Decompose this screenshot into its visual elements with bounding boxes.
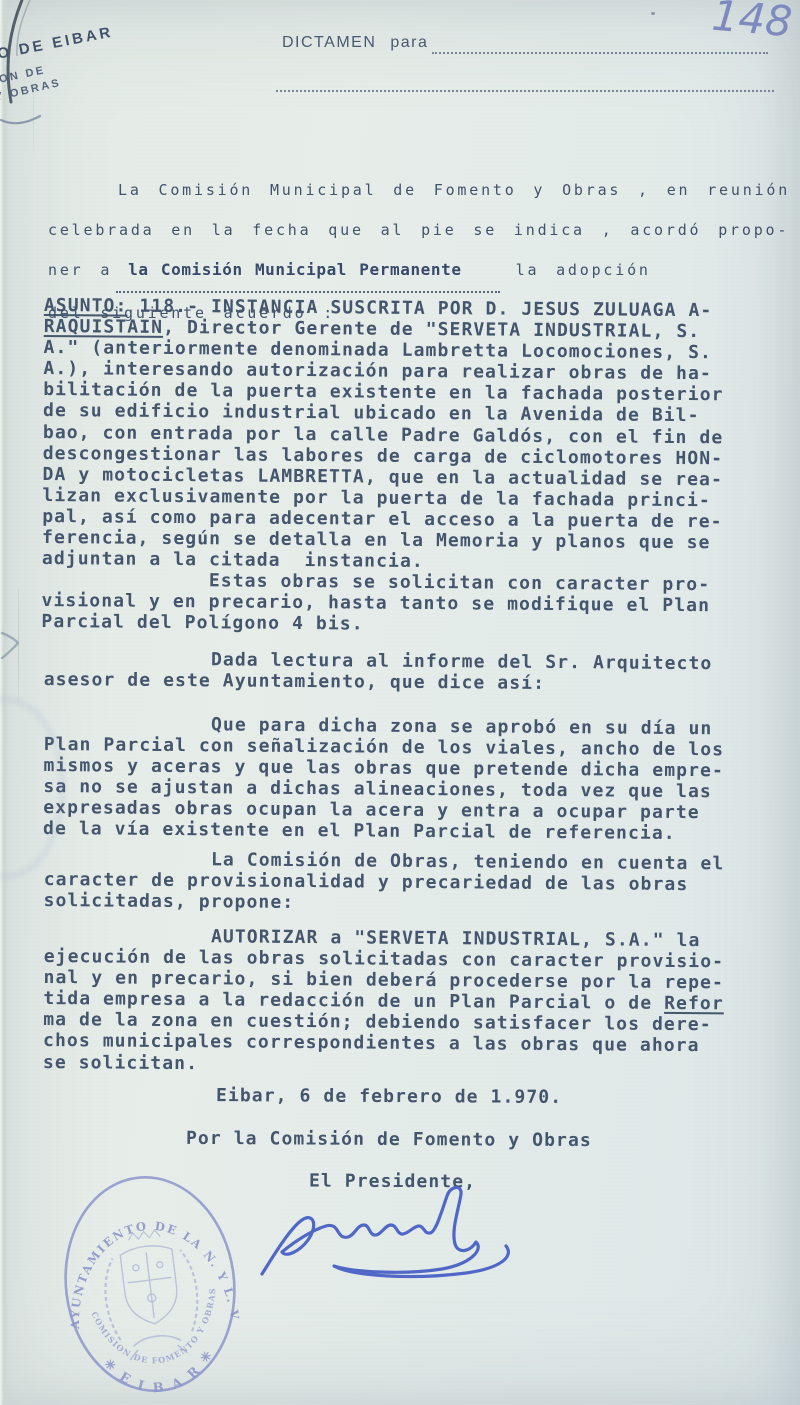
paragraph-asunto: ASUNTO: 118.- INSTANCIA SUSCRITA POR D. … [41, 295, 778, 638]
form-intro-suffix: la adopción [500, 250, 651, 290]
paragraph-informe: Dada lectura al informe del Sr. Arquitec… [44, 648, 778, 696]
scanned-document-page: O DE EIBAR ON DE Y OBRAS DICTAMEN para 1… [0, 0, 800, 1405]
official-stamp: AYUNTAMIENTO DE LA N. Y L. VILLA DE ✳ E … [45, 1158, 257, 1405]
page-number-annotation: 148 [710, 0, 794, 46]
paragraph-arquitecto: Que para dicha zona se aprobó en su día … [43, 713, 778, 845]
dictamen-dotted-line-2 [276, 90, 774, 92]
margin-check-mark [0, 630, 24, 662]
dateline: Eibar, 6 de febrero de 1.970. [216, 1085, 562, 1108]
typed-fill-in: la Comisión Municipal Permanente [116, 250, 499, 293]
form-intro-line-with-fill: ner a la Comisión Municipal Permanente l… [48, 250, 772, 293]
commission-line: Por la Comisión de Fomento y Obras [186, 1128, 592, 1151]
typed-line: de la vía existente en el Plan Parcial d… [43, 818, 777, 845]
dictamen-label: DICTAMEN para [282, 34, 428, 52]
letterhead-flourish [0, 104, 48, 130]
form-intro-line: La Comisión Municipal de Fomento y Obras… [48, 170, 772, 210]
form-intro-prefix: ner a [48, 250, 112, 290]
svg-text:✳ E I B A R ✳: ✳ E I B A R ✳ [99, 1343, 222, 1403]
form-intro-line: celebrada en la fecha que al pie se indi… [48, 210, 772, 250]
signature [256, 1182, 536, 1297]
stamp-bottom-text: ✳ E I B A R ✳ [99, 1343, 222, 1403]
paragraph-autorizar: AUTORIZAR a "SERVETA INDUSTRIAL, S.A." l… [43, 925, 778, 1078]
dictamen-dotted-line-1 [432, 52, 768, 54]
paragraph-comision: La Comisión de Obras, teniendo en cuenta… [44, 848, 778, 917]
ink-dot [651, 12, 655, 15]
